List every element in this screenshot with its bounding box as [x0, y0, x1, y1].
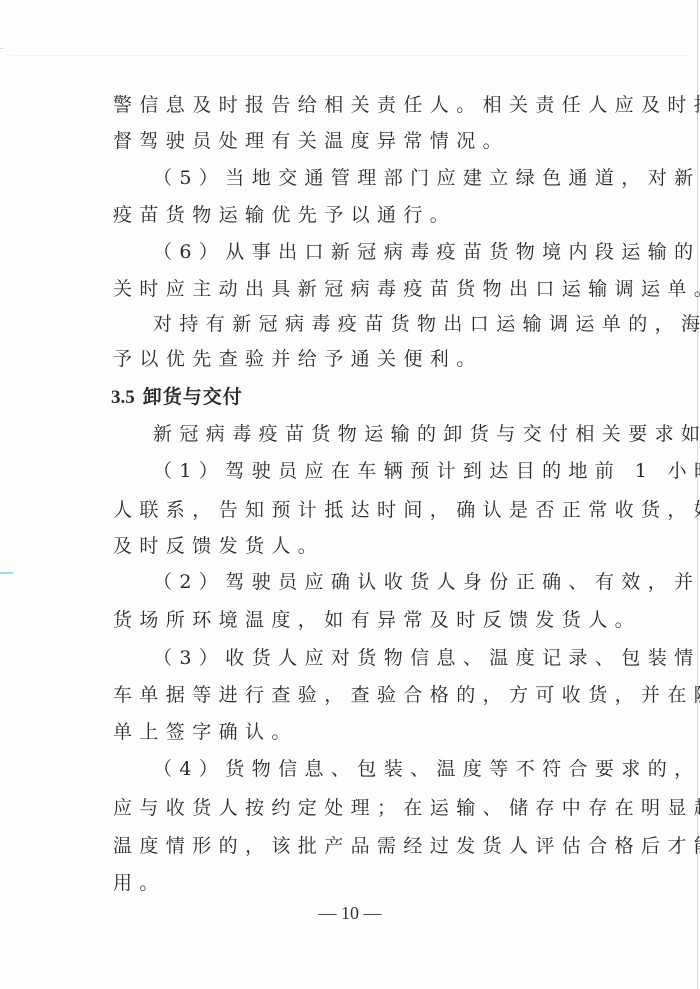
list-item-1-line: （1）驾驶员应在车辆预计到达目的地前 1 小时与收货 [153, 459, 700, 483]
paragraph-line: 督驾驶员处理有关温度异常情况。 [113, 129, 509, 153]
paragraph-line: 警信息及时报告给相关责任人。相关责任人应及时指导和监 [113, 93, 700, 117]
list-item-2-line: 货场所环境温度，如有异常及时反馈发货人。 [113, 608, 641, 632]
section-intro: 新冠病毒疫苗货物运输的卸货与交付相关要求如下： [153, 422, 700, 446]
section-heading: 3.5卸货与交付 [111, 386, 243, 410]
list-item-2-line: （2）驾驶员应确认收货人身份正确、有效，并确认卸 [153, 570, 700, 594]
margin-mark [0, 48, 4, 49]
list-item-1-line: 及时反馈发货人。 [113, 534, 324, 558]
list-item-4-line: 温度情形的，该批产品需经过发货人评估合格后才能收货使 [113, 834, 700, 858]
list-item-5-line: （5）当地交通管理部门应建立绿色通道，对新冠病毒 [153, 166, 700, 190]
list-item-3-line: 单上签字确认。 [113, 720, 298, 744]
list-item-4-line: 用。 [113, 871, 166, 895]
customs-paragraph-line: 对持有新冠病毒疫苗货物出口运输调运单的，海关部门 [153, 312, 700, 336]
section-title: 卸货与交付 [143, 387, 243, 408]
page-number: — 10 — [0, 903, 700, 924]
list-item-6-line: （6）从事出口新冠病毒疫苗货物境内段运输的，在通 [153, 240, 700, 264]
list-item-4-line: （4）货物信息、包装、温度等不符合要求的，承运人 [153, 757, 700, 781]
document-page: 警信息及时报告给相关责任人。相关责任人应及时指导和监 督驾驶员处理有关温度异常情… [0, 0, 700, 989]
list-item-6-line: 关时应主动出具新冠病毒疫苗货物出口运输调运单。 [113, 277, 700, 301]
list-item-1-line: 人联系，告知预计抵达时间，确认是否正常收货，如有异常 [113, 498, 700, 522]
margin-mark [0, 572, 13, 574]
list-item-5-line: 疫苗货物运输优先予以通行。 [113, 203, 456, 227]
customs-paragraph-line: 予以优先查验并给予通关便利。 [113, 347, 483, 371]
list-item-3-line: 车单据等进行查验，查验合格的，方可收货，并在随货同行 [113, 683, 700, 707]
scan-artifact-line [10, 55, 690, 56]
list-item-4-line: 应与收货人按约定处理；在运输、储存中存在明显超过规定 [113, 796, 700, 820]
list-item-3-line: （3）收货人应对货物信息、温度记录、包装情况、随 [153, 646, 700, 670]
section-number: 3.5 [111, 387, 135, 408]
